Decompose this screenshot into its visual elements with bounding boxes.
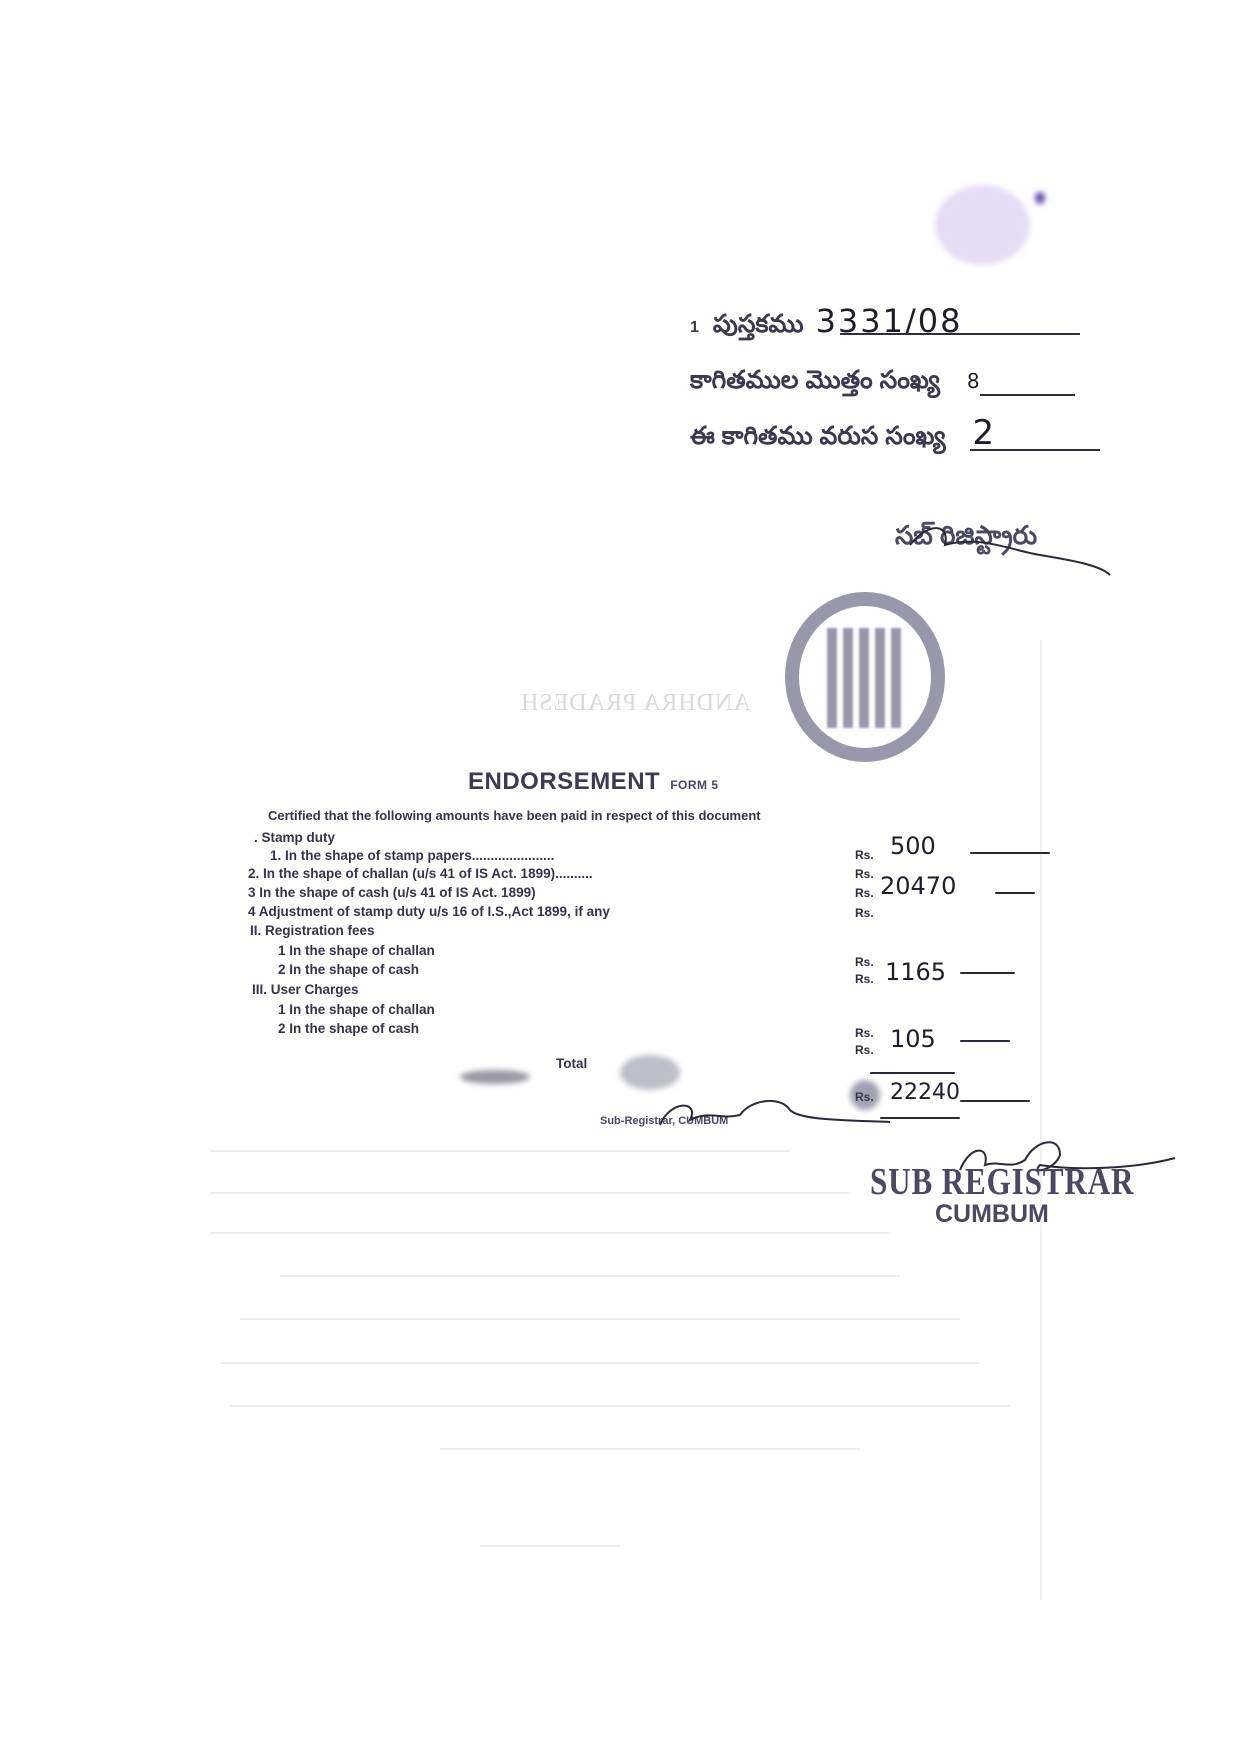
currency-label: Rs.	[855, 1026, 874, 1040]
underline	[840, 333, 1080, 335]
ghost-line	[240, 1318, 960, 1320]
currency-label: Rs.	[855, 972, 874, 986]
ghost-line	[210, 1150, 790, 1152]
book-stamp: 1పుస్తకము3331/08 కాగితముల మొత్తం సంఖ్య 8…	[690, 295, 994, 462]
sub-registrar-stamp-title: SUB REGISTRAR	[870, 1160, 1134, 1204]
official-seal	[785, 592, 945, 762]
ghost-line	[480, 1545, 620, 1547]
item-stamp-challan: 2. In the shape of challan (u/s 41 of IS…	[248, 866, 593, 881]
section-user-charges: III. User Charges	[252, 982, 359, 997]
total-pages-value: 8	[967, 369, 980, 393]
certified-text: Certified that the following amounts hav…	[268, 808, 761, 823]
page-serial-row: ఈ కాగితము వరుస సంఖ్య 2	[690, 407, 994, 462]
amount-dash	[960, 1040, 1010, 1042]
currency-label: Rs.	[855, 867, 874, 881]
amount-dash	[970, 852, 1050, 854]
amount-stamp-papers: 500	[890, 832, 936, 860]
page-serial-value: 2	[973, 413, 995, 453]
ghost-heading: ANDHRA PRADESH	[520, 690, 751, 717]
currency-label: Rs.	[855, 848, 874, 862]
amount-stamp-cash: 20470	[880, 872, 956, 900]
item-reg-challan: 1 In the shape of challan	[278, 943, 435, 958]
ghost-line	[210, 1192, 850, 1194]
ghost-line	[220, 1362, 980, 1364]
currency-label: Rs.	[855, 1043, 874, 1057]
ghost-line	[210, 1232, 890, 1234]
amount-dash	[960, 972, 1015, 974]
total-pages-label: కాగితముల మొత్తం సంఖ్య	[690, 366, 940, 394]
total-overline	[870, 1072, 955, 1074]
seal-emblem	[827, 628, 905, 728]
ink-smudge	[620, 1055, 680, 1090]
signature-stroke	[900, 515, 1120, 590]
ghost-line	[440, 1448, 860, 1450]
endorsement-title: ENDORSEMENTFORM 5	[468, 768, 719, 796]
sub-registrar-stamp-place: CUMBUM	[935, 1200, 1049, 1229]
ink-smudge	[460, 1070, 530, 1084]
section-stamp-duty: . Stamp duty	[254, 830, 335, 845]
form-label: FORM 5	[670, 778, 718, 792]
margin-line	[1040, 640, 1042, 1600]
item-stamp-adjustment: 4 Adjustment of stamp duty u/s 16 of I.S…	[248, 904, 610, 919]
underline	[970, 449, 1100, 451]
section-registration: II. Registration fees	[250, 923, 375, 938]
total-amount: 22240	[890, 1080, 960, 1105]
item-user-challan: 1 In the shape of challan	[278, 1002, 435, 1017]
currency-label: Rs.	[855, 906, 874, 920]
item-stamp-papers: 1. In the shape of stamp papers.........…	[270, 848, 554, 863]
total-label: Total	[556, 1056, 587, 1071]
ink-smudge	[1035, 192, 1045, 204]
ghost-line	[280, 1275, 900, 1277]
amount-user-cash: 105	[890, 1025, 936, 1053]
item-stamp-cash: 3 In the shape of cash (u/s 41 of IS Act…	[248, 885, 536, 900]
signature-stroke	[640, 1090, 900, 1135]
endorsement-heading: ENDORSEMENT	[468, 768, 660, 795]
amount-dash	[960, 1100, 1030, 1102]
book-number-row: 1పుస్తకము3331/08	[690, 295, 994, 354]
ink-smudge	[935, 185, 1030, 265]
page-serial-label: ఈ కాగితము వరుస సంఖ్య	[690, 422, 946, 450]
total-pages-row: కాగితముల మొత్తం సంఖ్య 8	[690, 354, 994, 407]
currency-label: Rs.	[855, 955, 874, 969]
item-reg-cash: 2 In the shape of cash	[278, 962, 419, 977]
book-index: 1	[690, 319, 699, 336]
ghost-line	[230, 1405, 1010, 1407]
item-user-cash: 2 In the shape of cash	[278, 1021, 419, 1036]
book-label: పుస్తకము	[713, 310, 804, 338]
amount-reg-cash: 1165	[885, 958, 946, 986]
currency-label: Rs.	[855, 886, 874, 900]
amount-dash	[995, 892, 1035, 894]
underline	[980, 394, 1075, 396]
